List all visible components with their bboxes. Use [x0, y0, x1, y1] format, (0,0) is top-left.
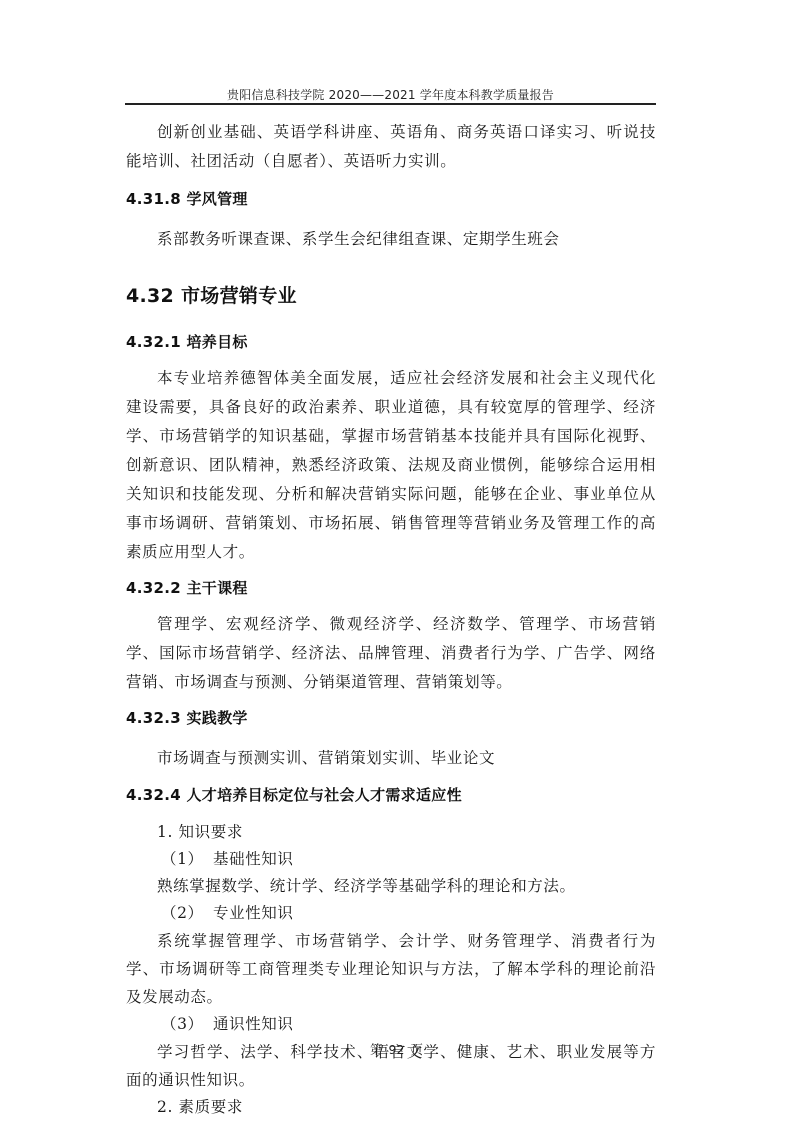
section-heading-4-31-8: 4.31.8 学风管理: [126, 185, 656, 213]
page-number-prefix: 第: [370, 1042, 383, 1057]
section-body-4-31-8: 系部教务听课查课、系学生会纪律组查课、定期学生班会: [126, 225, 656, 254]
list-item-knowledge-requirements: 1. 知识要求: [126, 819, 656, 846]
sub-item-general-knowledge: （3）通识性知识: [126, 1011, 656, 1038]
section-heading-4-32-4: 4.32.4 人才培养目标定位与社会人才需求适应性: [126, 781, 656, 809]
sub-item-number: （1）: [161, 846, 213, 873]
page-number-suffix: 页: [410, 1042, 423, 1057]
page-number: 92: [389, 1042, 405, 1057]
page-content: 创新创业基础、英语学科讲座、英语角、商务英语口译实习、听说技能培训、社团活动（自…: [126, 118, 656, 1121]
section-heading-4-32-2: 4.32.2 主干课程: [126, 574, 656, 602]
sub-item-body-basic: 熟练掌握数学、统计学、经济学等基础学科的理论和方法。: [126, 873, 656, 900]
list-item-quality-requirements: 2. 素质要求: [126, 1094, 656, 1121]
sub-item-title: 专业性知识: [213, 904, 294, 922]
section-heading-4-32-1: 4.32.1 培养目标: [126, 328, 656, 356]
page-header: 贵阳信息科技学院 2020——2021 学年度本科教学质量报告: [125, 86, 656, 103]
sub-item-title: 通识性知识: [213, 1015, 294, 1033]
section-body-4-32-2: 管理学、宏观经济学、微观经济学、经济数学、管理学、市场营销学、国际市场营销学、经…: [126, 610, 656, 697]
section-heading-4-32-3: 4.32.3 实践教学: [126, 704, 656, 732]
section-body-4-32-1: 本专业培养德智体美全面发展，适应社会经济发展和社会主义现代化建设需要，具备良好的…: [126, 364, 656, 567]
intro-paragraph: 创新创业基础、英语学科讲座、英语角、商务英语口译实习、听说技能培训、社团活动（自…: [126, 118, 656, 176]
header-rule: [125, 103, 656, 105]
section-body-4-32-3: 市场调查与预测实训、营销策划实训、毕业论文: [126, 744, 656, 773]
sub-item-body-professional: 系统掌握管理学、市场营销学、会计学、财务管理学、消费者行为学、市场调研等工商管理…: [126, 927, 656, 1011]
page-footer: 第92页: [0, 1040, 793, 1058]
sub-item-basic-knowledge: （1）基础性知识: [126, 846, 656, 873]
sub-item-number: （2）: [161, 900, 213, 927]
sub-item-title: 基础性知识: [213, 850, 294, 868]
sub-item-number: （3）: [161, 1011, 213, 1038]
sub-item-professional-knowledge: （2）专业性知识: [126, 900, 656, 927]
section-heading-4-32: 4.32 市场营销专业: [126, 281, 656, 311]
